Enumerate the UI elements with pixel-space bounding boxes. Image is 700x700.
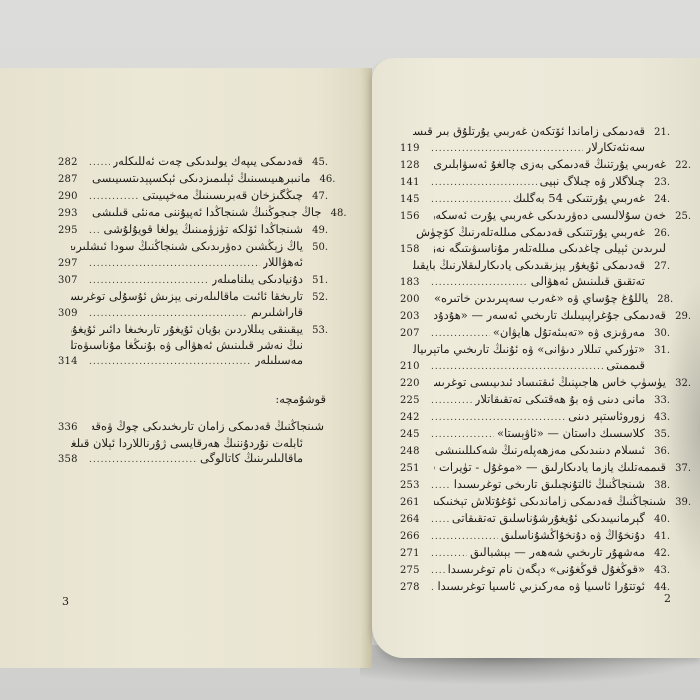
entry-number: 31. xyxy=(648,343,670,358)
entry-number: 40. xyxy=(648,512,670,527)
entry-title: قەدىمكى يىپەك يولىدىكى چەت ئەللىكلەر xyxy=(113,154,303,169)
toc-entry: 141چىلاگلار ۋە چىلاگ نېيى23. xyxy=(400,174,670,191)
toc-line: قەدىمكى ئۇيغۇر يېزىقىدىكى يادىكارلىقلارن… xyxy=(400,258,670,274)
entry-number: 38. xyxy=(648,478,670,493)
toc-entry: 242زوروئاستېر دىنى43. xyxy=(400,409,670,426)
entry-title: ئەھۋاللار xyxy=(263,255,304,270)
page-ref: 225 xyxy=(400,393,428,408)
toc-line: 293جاڭ جىجوڭنىڭ شىنجاڭدا ئەپيۇننى مەنئى … xyxy=(58,205,328,222)
entry-title: زوروئاستېر دىنى xyxy=(568,409,645,424)
entry-title: مەشھۇر تارىخىي شەھەر — بېشبالىق xyxy=(470,545,645,560)
toc-line: 158لىرىدىن ئېيلى چاغدىكى مىللەتلەر مۇناس… xyxy=(400,241,670,258)
toc-entry: 275«قوڭغۇل قوڭغۇنى» دېگەن نام توغرىسىدا4… xyxy=(400,562,670,579)
entry-title: خەن سۇلالىسى دەۋرىدىكى غەربىي يۇرت ئەسكە… xyxy=(434,208,666,223)
right-page: قەدىمكى زاماندا ئۆتكەن غەربىي يۇرتلۇق بى… xyxy=(372,58,700,658)
page-ref: 264 xyxy=(400,512,428,527)
toc-line: 307دۇنيادىكى يىلنامىلەر51. xyxy=(58,272,328,289)
toc-entry: 278ئوتتۇرا ئاسىيا ۋە مەركىزىي ئاسىيا توغ… xyxy=(400,579,670,596)
page-ref: 253 xyxy=(400,478,428,493)
page-ref: 261 xyxy=(400,495,428,510)
entry-title: تەتقىق قىلىنىش ئەھۋالى xyxy=(531,274,645,289)
entry-number: 28. xyxy=(651,292,673,307)
dot-leader xyxy=(431,564,445,579)
page-ref: 158 xyxy=(400,242,428,257)
entry-title: لىرىدىن ئېيلى چاغدىكى مىللەتلەر مۇناسىۋى… xyxy=(434,241,666,256)
entry-title: جاڭ جىجوڭنىڭ شىنجاڭدا ئەپيۇننى مەنئى قىل… xyxy=(92,205,322,220)
entry-number: 30. xyxy=(648,326,670,341)
entry-title: قاراشلىرىم xyxy=(251,305,303,320)
dot-leader xyxy=(431,276,528,291)
toc-entry: ئابلەت نۇردۇننىڭ ھەرقايسى ژۇرناللاردا ئې… xyxy=(58,436,328,468)
dot-leader xyxy=(89,453,197,468)
toc-line: يېقىنقى يىللاردىن بۇيان ئۇيغۇر تارىخىغا … xyxy=(58,322,328,338)
toc-entry: 287مانىبرھىيىسىنىڭ ئېلىمىزدىكى ئېكسپېدىت… xyxy=(58,171,328,188)
entry-number: 32. xyxy=(669,376,691,391)
toc-entry: 293جاڭ جىجوڭنىڭ شىنجاڭدا ئەپيۇننى مەنئى … xyxy=(58,205,328,222)
toc-entry: 266دۇنخۇاڭ ۋە دۇنخۇاڭشۇناسلىق41. xyxy=(400,528,670,545)
page-ref: 271 xyxy=(400,546,428,561)
page-ref: 266 xyxy=(400,529,428,544)
toc-entry: تارىخقا ئائىت ماقالىلەرنى يېزىش ئۇسۇلى ت… xyxy=(58,289,328,322)
entry-title: قىممەتلىك يازما يادىكارلىق — «موغۇل - تۈ… xyxy=(434,460,666,475)
toc-entry: 248ئىسلام دىنىدىكى مەزھەپلەرنىڭ شەكىللىن… xyxy=(400,443,670,460)
toc-entry: 128غەربىي يۇرتنىڭ قەدىمكى بەزى چالغۇ ئەس… xyxy=(400,157,670,174)
toc-line: 245كلاسسىك داستان — «ئاۋېستا»35. xyxy=(400,426,670,443)
toc-entry: 207مەرۋىزى ۋە «تەبىئەتۇل ھايۋان»30. xyxy=(400,325,670,342)
entry-number: 22. xyxy=(669,158,691,173)
entry-title: شىنجاڭدا ئۆلكە تۈزۈمىنىڭ يولغا قويۇلۇشى xyxy=(104,222,303,237)
toc-line: تارىخقا ئائىت ماقالىلەرنى يېزىش ئۇسۇلى ت… xyxy=(58,289,328,305)
entry-title: چىلاگلار ۋە چىلاگ نېيى xyxy=(540,174,645,189)
dot-leader xyxy=(89,355,252,370)
entry-number: 43. xyxy=(648,410,670,425)
toc-line: 210قىممىتى xyxy=(400,358,670,375)
dot-leader xyxy=(431,547,467,562)
entry-title: مەرۋىزى ۋە «تەبىئەتۇل ھايۋان» xyxy=(493,325,645,340)
page-ref: 251 xyxy=(400,461,428,476)
entry-number: 47. xyxy=(306,189,328,204)
entry-number: 36. xyxy=(648,444,670,459)
toc-line: 119سەنئەتكارلار xyxy=(400,140,670,157)
toc-entry: غەربىي يۇرتتىكى قەدىمكى مىللەتلەرنىڭ كۆچ… xyxy=(400,225,670,258)
page-number-left: 3 xyxy=(62,595,69,608)
page-ref: 293 xyxy=(58,206,86,221)
page-ref: 297 xyxy=(58,256,86,271)
dot-leader xyxy=(89,257,260,272)
entry-title: ياللۇغ چۇساي ۋە «غەرب سەپىرىدىن خاتىرە» xyxy=(434,291,648,306)
toc-line: 207مەرۋىزى ۋە «تەبىئەتۇل ھايۋان»30. xyxy=(400,325,670,342)
toc-entry: 253شىنجاڭنىڭ ئالتۇنچىلىق تارىخى توغرىسىد… xyxy=(400,477,670,494)
entry-number: 48. xyxy=(325,206,347,221)
dot-leader xyxy=(89,274,209,289)
dot-leader xyxy=(431,513,449,528)
dot-leader xyxy=(431,411,565,426)
page-ref: 336 xyxy=(58,420,86,435)
toc-line: 203قەدىمكى جۇغراپىيىلىك تارىخىي ئەسەر — … xyxy=(400,308,670,325)
page-ref: 203 xyxy=(400,309,428,324)
entry-title: ئابلەت نۇردۇننىڭ ھەرقايسى ژۇرناللاردا ئې… xyxy=(71,436,303,451)
page-ref: 278 xyxy=(400,580,428,595)
page-ref: 242 xyxy=(400,410,428,425)
entry-title: گېرمانىيىدىكى ئۇيغۇرشۇناسلىق تەتقىقاتى xyxy=(452,511,645,526)
toc-line: قەدىمكى زاماندا ئۆتكەن غەربىي يۇرتلۇق بى… xyxy=(400,124,670,140)
page-ref: 358 xyxy=(58,452,86,467)
entry-title: تارىخقا ئائىت ماقالىلەرنى يېزىش ئۇسۇلى ت… xyxy=(71,289,303,304)
entry-number: 29. xyxy=(669,309,691,324)
toc-line: 290چىڭگىزخان قەبرىسىنىڭ مەخپىيىتى47. xyxy=(58,188,328,205)
toc-entry: 336شىنجاڭنىڭ قەدىمكى زامان تارىخىدىكى چو… xyxy=(58,419,328,436)
toc-entry: 271مەشھۇر تارىخىي شەھەر — بېشبالىق42. xyxy=(400,545,670,562)
entry-title: قىممىتى xyxy=(606,358,645,373)
entry-title: غەربىي يۇرتنىڭ قەدىمكى بەزى چالغۇ ئەسۋاب… xyxy=(434,157,666,172)
toc-line: 275«قوڭغۇل قوڭغۇنى» دېگەن نام توغرىسىدا4… xyxy=(400,562,670,579)
entry-number: 37. xyxy=(669,461,691,476)
entry-title: مەسىلىلەر xyxy=(255,353,303,368)
page-ref: 287 xyxy=(58,172,86,187)
toc-entry: ياڭ زېڭشىن دەۋرىدىكى شىنجاڭنىڭ سودا ئىشل… xyxy=(58,239,328,272)
page-ref: 295 xyxy=(58,223,86,238)
dot-leader xyxy=(431,327,490,342)
dot-leader xyxy=(431,530,498,545)
page-ref: 200 xyxy=(400,292,428,307)
entry-number: 24. xyxy=(648,192,670,207)
toc-entry: قەدىمكى ئۇيغۇر يېزىقىدىكى يادىكارلىقلارن… xyxy=(400,258,670,291)
entry-title: شىنجاڭنىڭ ئالتۇنچىلىق تارىخى توغرىسىدا xyxy=(454,477,645,492)
toc-line: 200ياللۇغ چۇساي ۋە «غەرب سەپىرىدىن خاتىر… xyxy=(400,291,670,308)
toc-line: 261شىنجاڭنىڭ قەدىمكى زاماندىكى ئۇغۇتلاش … xyxy=(400,494,670,511)
entry-number: 21. xyxy=(648,125,670,140)
dot-leader xyxy=(431,581,434,596)
entry-title: يېقىنقى يىللاردىن بۇيان ئۇيغۇر تارىخىغا … xyxy=(71,322,303,337)
toc-line: 248ئىسلام دىنىدىكى مەزھەپلەرنىڭ شەكىللىن… xyxy=(400,443,670,460)
entry-title: دۇنخۇاڭ ۋە دۇنخۇاڭشۇناسلىق xyxy=(501,528,645,543)
toc-line: ئابلەت نۇردۇننىڭ ھەرقايسى ژۇرناللاردا ئې… xyxy=(58,436,328,451)
entry-number: 39. xyxy=(669,495,691,510)
entry-number: 26. xyxy=(648,226,670,241)
toc-entry: 203قەدىمكى جۇغراپىيىلىك تارىخىي ئەسەر — … xyxy=(400,308,670,325)
page-ref: 307 xyxy=(58,273,86,288)
page-ref: 248 xyxy=(400,444,428,459)
page-ref: 220 xyxy=(400,376,428,391)
toc-line: نىڭ نەشر قىلىنىش ئەھۋالى ۋە بۇنىڭغا مۇنا… xyxy=(58,338,328,353)
entry-number: 41. xyxy=(648,529,670,544)
page-ref: 141 xyxy=(400,175,428,190)
entry-number: 42. xyxy=(648,546,670,561)
page-ref: 275 xyxy=(400,563,428,578)
entry-number: 51. xyxy=(306,273,328,288)
toc-entry: 264گېرمانىيىدىكى ئۇيغۇرشۇناسلىق تەتقىقات… xyxy=(400,511,670,528)
entry-number: 23. xyxy=(648,175,670,190)
toc-line: 264گېرمانىيىدىكى ئۇيغۇرشۇناسلىق تەتقىقات… xyxy=(400,511,670,528)
entry-number: 25. xyxy=(669,209,691,224)
page-ref: 156 xyxy=(400,209,428,224)
entry-title: كلاسسىك داستان — «ئاۋېستا» xyxy=(497,426,645,441)
entry-title: دۇنيادىكى يىلنامىلەر xyxy=(212,272,303,287)
toc-entry: 307دۇنيادىكى يىلنامىلەر51. xyxy=(58,272,328,289)
entry-title: شىنجاڭنىڭ قەدىمكى زاماندىكى ئۇغۇتلاش تېخ… xyxy=(434,494,666,509)
toc-line: 183تەتقىق قىلىنىش ئەھۋالى xyxy=(400,274,670,291)
entry-title: ماقالىلىرىنىڭ كاتالوگى xyxy=(200,451,303,466)
toc-entry: 156خەن سۇلالىسى دەۋرىدىكى غەربىي يۇرت ئە… xyxy=(400,208,670,225)
page-ref: 210 xyxy=(400,359,428,374)
entry-title: قەدىمكى جۇغراپىيىلىك تارىخىي ئەسەر — «ھۇ… xyxy=(434,308,666,323)
page-ref: 207 xyxy=(400,326,428,341)
toc-line: 251قىممەتلىك يازما يادىكارلىق — «موغۇل -… xyxy=(400,460,670,477)
page-ref: 183 xyxy=(400,275,428,290)
entry-title: يۈسۈپ خاس ھاجىپنىڭ ئىقتىساد ئىدىيىسى توغ… xyxy=(434,375,666,390)
entry-title: غەربىي يۇرتتىكى 54 بەگلىك xyxy=(513,191,645,206)
dot-leader xyxy=(431,142,583,157)
toc-line: 358ماقالىلىرىنىڭ كاتالوگى xyxy=(58,451,328,468)
entry-number: 43. xyxy=(648,563,670,578)
toc-line: 225مانى دىنى ۋە بۇ ھەقتىكى تەتقىقاتلار33… xyxy=(400,392,670,409)
toc-entry: 290چىڭگىزخان قەبرىسىنىڭ مەخپىيىتى47. xyxy=(58,188,328,205)
dot-leader xyxy=(431,360,603,375)
dot-leader xyxy=(431,445,432,460)
appendix-heading: قوشۇمچە: xyxy=(58,392,328,407)
dot-leader xyxy=(89,224,101,239)
entry-number: 49. xyxy=(306,223,328,238)
entry-number: 53. xyxy=(306,323,328,338)
entry-number: 35. xyxy=(648,427,670,442)
page-ref: 290 xyxy=(58,189,86,204)
entry-number: 50. xyxy=(306,240,328,255)
entry-number: 45. xyxy=(306,155,328,170)
table-of-contents-left: 282قەدىمكى يىپەك يولىدىكى چەت ئەللىكلەر4… xyxy=(58,154,328,468)
entry-title: مانىبرھىيىسىنىڭ ئېلىمىزدىكى ئېكسپېدىتسىي… xyxy=(92,171,310,186)
dot-leader xyxy=(431,176,537,191)
dot-leader xyxy=(431,428,494,443)
page-ref: 145 xyxy=(400,192,428,207)
toc-line: 253شىنجاڭنىڭ ئالتۇنچىلىق تارىخى توغرىسىد… xyxy=(400,477,670,494)
left-page: 282قەدىمكى يىپەك يولىدىكى چەت ئەللىكلەر4… xyxy=(0,68,372,668)
entry-title: چىڭگىزخان قەبرىسىنىڭ مەخپىيىتى xyxy=(142,188,303,203)
toc-line: 278ئوتتۇرا ئاسىيا ۋە مەركىزىي ئاسىيا توغ… xyxy=(400,579,670,596)
entry-title: قەدىمكى زاماندا ئۆتكەن غەربىي يۇرتلۇق بى… xyxy=(413,124,645,139)
toc-line: 220يۈسۈپ خاس ھاجىپنىڭ ئىقتىساد ئىدىيىسى … xyxy=(400,375,670,392)
page-ref: 119 xyxy=(400,141,428,156)
page-number-right: 2 xyxy=(664,592,671,605)
toc-entry: قەدىمكى زاماندا ئۆتكەن غەربىي يۇرتلۇق بى… xyxy=(400,124,670,157)
toc-line: 336شىنجاڭنىڭ قەدىمكى زامان تارىخىدىكى چو… xyxy=(58,419,328,436)
entry-title: «تۈركىي تىللار دىۋانى» ۋە ئۇنىڭ تارىخىي … xyxy=(413,342,645,357)
toc-line: 295شىنجاڭدا ئۆلكە تۈزۈمىنىڭ يولغا قويۇلۇ… xyxy=(58,222,328,239)
dot-leader xyxy=(89,307,248,322)
page-ref: 128 xyxy=(400,158,428,173)
dot-leader xyxy=(431,479,451,494)
toc-line: غەربىي يۇرتتىكى قەدىمكى مىللەتلەرنىڭ كۆچ… xyxy=(400,225,670,241)
page-ref: 309 xyxy=(58,306,86,321)
entry-title: شىنجاڭنىڭ قەدىمكى زامان تارىخىدىكى چوڭ ۋ… xyxy=(92,419,324,434)
entry-title: مانى دىنى ۋە بۇ ھەقتىكى تەتقىقاتلار xyxy=(475,392,645,407)
toc-line: 156خەن سۇلالىسى دەۋرىدىكى غەربىي يۇرت ئە… xyxy=(400,208,670,225)
entry-title: ئوتتۇرا ئاسىيا ۋە مەركىزىي ئاسىيا توغرىس… xyxy=(437,579,645,594)
toc-entry: 245كلاسسىك داستان — «ئاۋېستا»35. xyxy=(400,426,670,443)
dot-leader xyxy=(89,190,139,205)
entry-number: 33. xyxy=(648,393,670,408)
toc-entry: 200ياللۇغ چۇساي ۋە «غەرب سەپىرىدىن خاتىر… xyxy=(400,291,670,308)
toc-line: 271مەشھۇر تارىخىي شەھەر — بېشبالىق42. xyxy=(400,545,670,562)
page-ref: 314 xyxy=(58,354,86,369)
dot-leader xyxy=(431,394,472,409)
page-ref: 245 xyxy=(400,427,428,442)
toc-entry: 251قىممەتلىك يازما يادىكارلىق — «موغۇل -… xyxy=(400,460,670,477)
dot-leader xyxy=(89,156,110,171)
toc-line: 145غەربىي يۇرتتىكى 54 بەگلىك24. xyxy=(400,191,670,208)
toc-line: 309قاراشلىرىم xyxy=(58,305,328,322)
toc-line: 297ئەھۋاللار xyxy=(58,255,328,272)
toc-entry: 145غەربىي يۇرتتىكى 54 بەگلىك24. xyxy=(400,191,670,208)
entry-title: سەنئەتكارلار xyxy=(586,140,645,155)
toc-entry: «تۈركىي تىللار دىۋانى» ۋە ئۇنىڭ تارىخىي … xyxy=(400,342,670,375)
toc-line: 287مانىبرھىيىسىنىڭ ئېلىمىزدىكى ئېكسپېدىت… xyxy=(58,171,328,188)
entry-title: قەدىمكى ئۇيغۇر يېزىقىدىكى يادىكارلىقلارن… xyxy=(413,258,645,273)
toc-line: ياڭ زېڭشىن دەۋرىدىكى شىنجاڭنىڭ سودا ئىشل… xyxy=(58,239,328,255)
toc-line: 266دۇنخۇاڭ ۋە دۇنخۇاڭشۇناسلىق41. xyxy=(400,528,670,545)
entry-number: 27. xyxy=(648,259,670,274)
entry-number: 46. xyxy=(313,172,335,187)
toc-line: 242زوروئاستېر دىنى43. xyxy=(400,409,670,426)
toc-entry: 295شىنجاڭدا ئۆلكە تۈزۈمىنىڭ يولغا قويۇلۇ… xyxy=(58,222,328,239)
toc-line: 128غەربىي يۇرتنىڭ قەدىمكى بەزى چالغۇ ئەس… xyxy=(400,157,670,174)
dot-leader xyxy=(431,193,510,208)
toc-entry: 282قەدىمكى يىپەك يولىدىكى چەت ئەللىكلەر4… xyxy=(58,154,328,171)
entry-title: «قوڭغۇل قوڭغۇنى» دېگەن نام توغرىسىدا xyxy=(448,562,645,577)
toc-entry: يېقىنقى يىللاردىن بۇيان ئۇيغۇر تارىخىغا … xyxy=(58,322,328,370)
gutter-shadow xyxy=(360,68,372,668)
entry-title: نىڭ نەشر قىلىنىش ئەھۋالى ۋە بۇنىڭغا مۇنا… xyxy=(71,338,303,353)
entry-title: ئىسلام دىنىدىكى مەزھەپلەرنىڭ شەكىللىنىشى xyxy=(435,443,645,458)
toc-line: «تۈركىي تىللار دىۋانى» ۋە ئۇنىڭ تارىخىي … xyxy=(400,342,670,358)
entry-title: ياڭ زېڭشىن دەۋرىدىكى شىنجاڭنىڭ سودا ئىشل… xyxy=(71,239,303,254)
toc-entry: 261شىنجاڭنىڭ قەدىمكى زاماندىكى ئۇغۇتلاش … xyxy=(400,494,670,511)
toc-entry: 220يۈسۈپ خاس ھاجىپنىڭ ئىقتىساد ئىدىيىسى … xyxy=(400,375,670,392)
toc-line: 314مەسىلىلەر xyxy=(58,353,328,370)
page-ref: 282 xyxy=(58,155,86,170)
entry-number: 52. xyxy=(306,290,328,305)
toc-line: 141چىلاگلار ۋە چىلاگ نېيى23. xyxy=(400,174,670,191)
table-of-contents-right: قەدىمكى زاماندا ئۆتكەن غەربىي يۇرتلۇق بى… xyxy=(400,124,670,596)
entry-title: غەربىي يۇرتتىكى قەدىمكى مىللەتلەرنىڭ كۆچ… xyxy=(413,225,645,240)
toc-line: 282قەدىمكى يىپەك يولىدىكى چەت ئەللىكلەر4… xyxy=(58,154,328,171)
toc-entry: 225مانى دىنى ۋە بۇ ھەقتىكى تەتقىقاتلار33… xyxy=(400,392,670,409)
